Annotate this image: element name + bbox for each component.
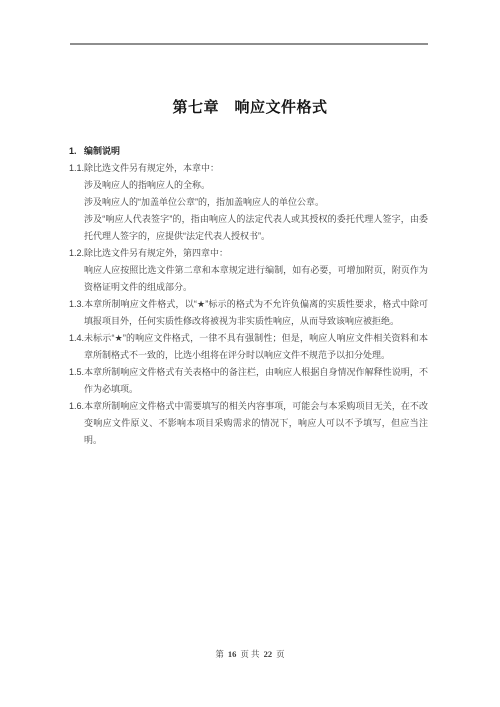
clause: 1.6. 本章所制响应文件格式中需要填写的相关内容事项，可能会与本采购项目无关，…	[69, 398, 428, 449]
clause-subitem: 涉及“响应人代表签字”的，指由响应人的法定代表人或其授权的委托代理人签字，由委托…	[84, 211, 428, 245]
chapter-title: 第七章 响应文件格式	[0, 97, 500, 118]
document-page: 第七章 响应文件格式 1. 编制说明 1.1. 除比选文件另有规定外，本章中： …	[0, 0, 500, 707]
clause-number: 1.2.	[69, 245, 84, 262]
clause-text: 除比选文件另有规定外，本章中：	[84, 160, 428, 177]
clause: 1.5. 本章所制响应文件格式有关表格中的备注栏，由响应人根据自身情况作解释性说…	[69, 364, 428, 398]
clause-subitem: 涉及响应人的指响应人的全称。	[84, 177, 428, 194]
clause-number: 1.4.	[69, 330, 84, 347]
clause: 1.3. 本章所制响应文件格式，以“★”标示的格式为不允许负偏离的实质性要求，格…	[69, 296, 428, 330]
document-body: 1. 编制说明 1.1. 除比选文件另有规定外，本章中： 涉及响应人的指响应人的…	[69, 143, 428, 449]
clause-text: 本章所制响应文件格式中需要填写的相关内容事项，可能会与本采购项目无关，在不改变响…	[84, 398, 428, 449]
footer-page-number: 16	[228, 649, 237, 659]
page-footer: 第16页 共22页	[0, 648, 500, 660]
header-rule	[70, 43, 428, 45]
footer-page-suffix: 页	[276, 649, 285, 659]
footer-page-prefix: 第	[215, 649, 224, 659]
clause-text: 本章所制响应文件格式有关表格中的备注栏，由响应人根据自身情况作解释性说明，不作为…	[84, 364, 428, 398]
clause-subitem: 涉及响应人的“加盖单位公章”的，指加盖响应人的单位公章。	[84, 194, 428, 211]
clause: 1.1. 除比选文件另有规定外，本章中： 涉及响应人的指响应人的全称。涉及响应人…	[69, 160, 428, 245]
clause-text: 未标示“★”的响应文件格式，一律不具有强制性；但是，响应人响应文件相关资料和本章…	[84, 330, 428, 364]
clause-text: 除比选文件另有规定外，第四章中：	[84, 245, 428, 262]
clause-number: 1.1.	[69, 160, 84, 177]
clause-subitem: 响应人应按照比选文件第二章和本章规定进行编制，如有必要，可增加附页，附页作为资格…	[84, 262, 428, 296]
section-heading: 1. 编制说明	[69, 143, 428, 160]
clause: 1.2. 除比选文件另有规定外，第四章中： 响应人应按照比选文件第二章和本章规定…	[69, 245, 428, 296]
clause-number: 1.5.	[69, 364, 84, 381]
clause-number: 1.3.	[69, 296, 84, 313]
clause: 1.4. 未标示“★”的响应文件格式，一律不具有强制性；但是，响应人响应文件相关…	[69, 330, 428, 364]
section-number: 1.	[69, 143, 77, 160]
section-title: 编制说明	[84, 146, 120, 156]
clause-list: 1.1. 除比选文件另有规定外，本章中： 涉及响应人的指响应人的全称。涉及响应人…	[69, 160, 428, 449]
clause-text: 本章所制响应文件格式，以“★”标示的格式为不允许负偏离的实质性要求，格式中除可填…	[84, 296, 428, 330]
footer-separator: 页 共	[240, 649, 259, 659]
footer-total-pages: 22	[264, 649, 273, 659]
clause-number: 1.6.	[69, 398, 84, 415]
